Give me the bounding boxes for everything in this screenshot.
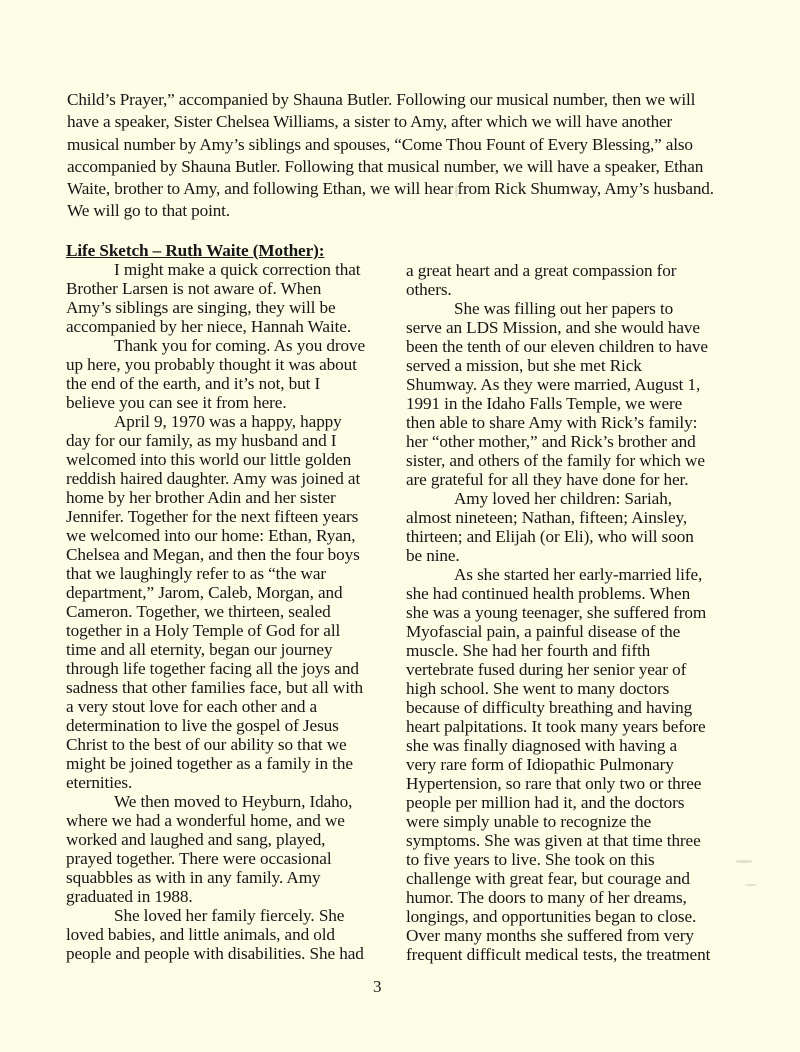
scan-speck bbox=[735, 860, 753, 863]
intro-paragraph: Child’s Prayer,” accompanied by Shauna B… bbox=[67, 89, 767, 223]
body-line: be nine. bbox=[406, 546, 761, 565]
right-column-text: a great heart and a great compassion for… bbox=[406, 261, 761, 964]
body-line: muscle. She had her fourth and fifth bbox=[406, 641, 761, 660]
body-line: day for our family, as my husband and I bbox=[66, 431, 386, 450]
body-line: worked and laughed and sang, played, bbox=[66, 830, 386, 849]
scan-speck bbox=[745, 884, 757, 886]
body-line: then able to share Amy with Rick’s famil… bbox=[406, 413, 761, 432]
body-line: are grateful for all they have done for … bbox=[406, 470, 761, 489]
body-line: Myofascial pain, a painful disease of th… bbox=[406, 622, 761, 641]
body-line: department,” Jarom, Caleb, Morgan, and bbox=[66, 583, 386, 602]
body-line: Chelsea and Megan, and then the four boy… bbox=[66, 545, 386, 564]
body-line: people and people with disabilities. She… bbox=[66, 944, 386, 963]
body-line: heart palpitations. It took many years b… bbox=[406, 717, 761, 736]
body-line: serve an LDS Mission, and she would have bbox=[406, 318, 761, 337]
body-line: served a mission, but she met Rick bbox=[406, 356, 761, 375]
body-line: I might make a quick correction that bbox=[66, 260, 386, 279]
body-line: a very stout love for each other and a bbox=[66, 697, 386, 716]
body-line: accompanied by her niece, Hannah Waite. bbox=[66, 317, 386, 336]
intro-line: musical number by Amy’s siblings and spo… bbox=[67, 134, 767, 156]
body-line: Shumway. As they were married, August 1, bbox=[406, 375, 761, 394]
body-line: almost nineteen; Nathan, fifteen; Ainsle… bbox=[406, 508, 761, 527]
body-line: Jennifer. Together for the next fifteen … bbox=[66, 507, 386, 526]
body-line: Cameron. Together, we thirteen, sealed bbox=[66, 602, 386, 621]
body-line: prayed together. There were occasional bbox=[66, 849, 386, 868]
body-line: Over many months she suffered from very bbox=[406, 926, 761, 945]
body-line: Amy loved her children: Sariah, bbox=[406, 489, 761, 508]
body-line: She loved her family fiercely. She bbox=[66, 906, 386, 925]
body-line: We then moved to Heyburn, Idaho, bbox=[66, 792, 386, 811]
body-line: frequent difficult medical tests, the tr… bbox=[406, 945, 761, 964]
page-number: 3 bbox=[373, 977, 382, 997]
body-line: time and all eternity, began our journey bbox=[66, 640, 386, 659]
body-line: loved babies, and little animals, and ol… bbox=[66, 925, 386, 944]
body-line: her “other mother,” and Rick’s brother a… bbox=[406, 432, 761, 451]
body-line: welcomed into this world our little gold… bbox=[66, 450, 386, 469]
body-line: Amy’s siblings are singing, they will be bbox=[66, 298, 386, 317]
body-line: Hypertension, so rare that only two or t… bbox=[406, 774, 761, 793]
body-line: Brother Larsen is not aware of. When bbox=[66, 279, 386, 298]
left-column: Life Sketch – Ruth Waite (Mother): I mig… bbox=[66, 241, 386, 963]
body-line: believe you can see it from here. bbox=[66, 393, 386, 412]
body-line: a great heart and a great compassion for bbox=[406, 261, 761, 280]
body-line: where we had a wonderful home, and we bbox=[66, 811, 386, 830]
body-line: sadness that other families face, but al… bbox=[66, 678, 386, 697]
body-line: reddish haired daughter. Amy was joined … bbox=[66, 469, 386, 488]
body-line: She was filling out her papers to bbox=[406, 299, 761, 318]
body-line: up here, you probably thought it was abo… bbox=[66, 355, 386, 374]
body-line: As she started her early-married life, bbox=[406, 565, 761, 584]
body-line: 1991 in the Idaho Falls Temple, we were bbox=[406, 394, 761, 413]
body-line: might be joined together as a family in … bbox=[66, 754, 386, 773]
intro-line: We will go to that point. bbox=[67, 200, 767, 222]
body-line: together in a Holy Temple of God for all bbox=[66, 621, 386, 640]
intro-line: accompanied by Shauna Butler. Following … bbox=[67, 156, 767, 178]
intro-line: Waite, brother to Amy, and following Eth… bbox=[67, 178, 767, 200]
body-line: the end of the earth, and it’s not, but … bbox=[66, 374, 386, 393]
scan-speck bbox=[455, 185, 458, 197]
body-line: people per million had it, and the docto… bbox=[406, 793, 761, 812]
intro-line: Child’s Prayer,” accompanied by Shauna B… bbox=[67, 89, 767, 111]
body-line: graduated in 1988. bbox=[66, 887, 386, 906]
body-line: she was a young teenager, she suffered f… bbox=[406, 603, 761, 622]
scan-speck bbox=[627, 302, 629, 310]
body-line: longings, and opportunities began to clo… bbox=[406, 907, 761, 926]
body-line: Thank you for coming. As you drove bbox=[66, 336, 386, 355]
body-line: sister, and others of the family for whi… bbox=[406, 451, 761, 470]
body-line: others. bbox=[406, 280, 761, 299]
body-line: home by her brother Adin and her sister bbox=[66, 488, 386, 507]
body-line: very rare form of Idiopathic Pulmonary bbox=[406, 755, 761, 774]
body-line: Christ to the best of our ability so tha… bbox=[66, 735, 386, 754]
body-line: been the tenth of our eleven children to… bbox=[406, 337, 761, 356]
section-heading: Life Sketch – Ruth Waite (Mother): bbox=[66, 241, 386, 260]
body-line: challenge with great fear, but courage a… bbox=[406, 869, 761, 888]
body-line: April 9, 1970 was a happy, happy bbox=[66, 412, 386, 431]
body-line: eternities. bbox=[66, 773, 386, 792]
body-line: that we laughingly refer to as “the war bbox=[66, 564, 386, 583]
body-line: we welcomed into our home: Ethan, Ryan, bbox=[66, 526, 386, 545]
body-line: high school. She went to many doctors bbox=[406, 679, 761, 698]
body-line: to five years to live. She took on this bbox=[406, 850, 761, 869]
body-line: symptoms. She was given at that time thr… bbox=[406, 831, 761, 850]
body-line: she had continued health problems. When bbox=[406, 584, 761, 603]
body-line: she was finally diagnosed with having a bbox=[406, 736, 761, 755]
body-line: because of difficulty breathing and havi… bbox=[406, 698, 761, 717]
document-page: Child’s Prayer,” accompanied by Shauna B… bbox=[0, 0, 800, 1052]
body-line: humor. The doors to many of her dreams, bbox=[406, 888, 761, 907]
body-line: squabbles as with in any family. Amy bbox=[66, 868, 386, 887]
body-line: vertebrate fused during her senior year … bbox=[406, 660, 761, 679]
right-column: a great heart and a great compassion for… bbox=[406, 261, 761, 964]
body-line: through life together facing all the joy… bbox=[66, 659, 386, 678]
left-column-text: I might make a quick correction thatBrot… bbox=[66, 260, 386, 963]
body-line: were simply unable to recognize the bbox=[406, 812, 761, 831]
body-line: thirteen; and Elijah (or Eli), who will … bbox=[406, 527, 761, 546]
intro-line: have a speaker, Sister Chelsea Williams,… bbox=[67, 111, 767, 133]
body-line: determination to live the gospel of Jesu… bbox=[66, 716, 386, 735]
